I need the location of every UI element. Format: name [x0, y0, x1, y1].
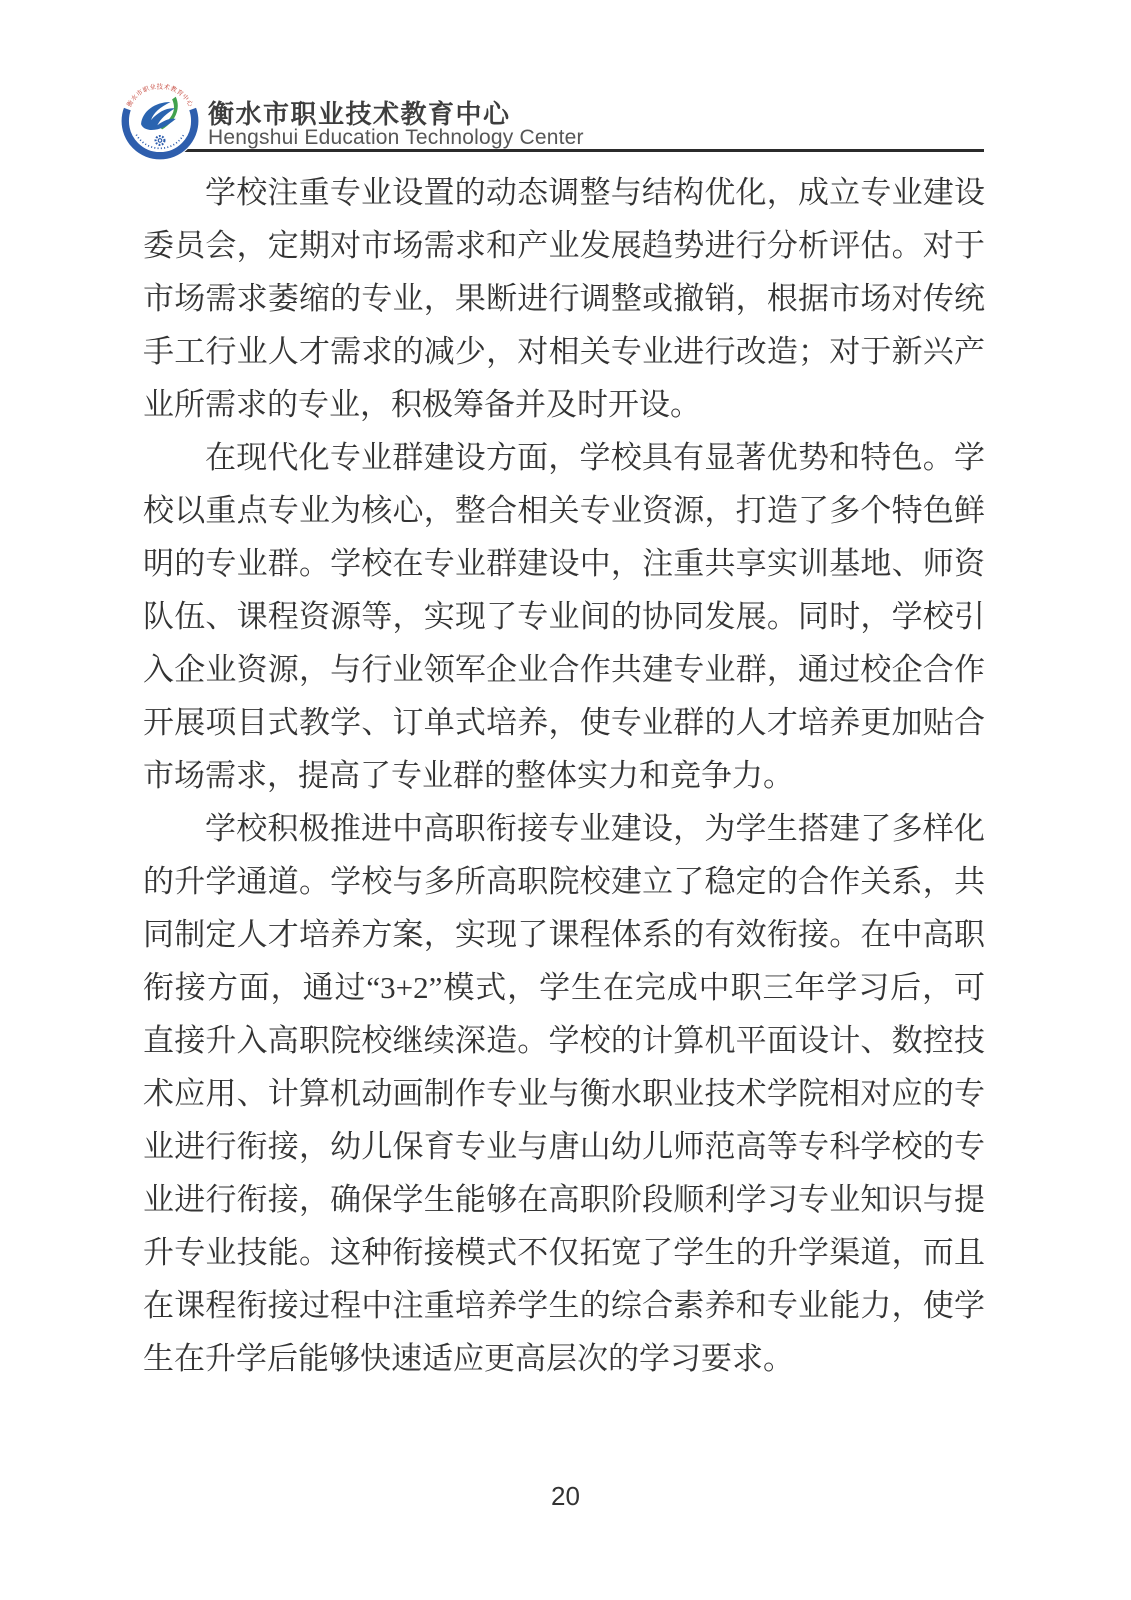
body-line: 同制定人才培养方案，实现了课程体系的有效衔接。在中高职 [143, 908, 985, 961]
body-line: 的升学通道。学校与多所高职院校建立了稳定的合作关系，共 [143, 855, 985, 908]
page-number: 20 [0, 1481, 1131, 1512]
paragraph: 在现代化专业群建设方面，学校具有显著优势和特色。学 校以重点专业为核心，整合相关… [143, 431, 985, 802]
body-line: 业进行衔接，确保学生能够在高职阶段顺利学习专业知识与提 [143, 1173, 985, 1226]
body-line: 市场需求萎缩的专业，果断进行调整或撤销，根据市场对传统 [143, 272, 985, 325]
body-line: 委员会，定期对市场需求和产业发展趋势进行分析评估。对于 [143, 219, 985, 272]
document-page: 衡水市职业技术教育中心 衡水市职业技术教育中心 Hengshui Educati… [0, 0, 1131, 1600]
body-line: 校以重点专业为核心，整合相关专业资源，打造了多个特色鲜 [143, 484, 985, 537]
body-line: 学校注重专业设置的动态调整与结构优化，成立专业建设 [143, 166, 985, 219]
body-line: 在现代化专业群建设方面，学校具有显著优势和特色。学 [143, 431, 985, 484]
body-line: 在课程衔接过程中注重培养学生的综合素养和专业能力，使学 [143, 1279, 985, 1332]
body-line: 手工行业人才需求的减少，对相关专业进行改造；对于新兴产 [143, 325, 985, 378]
body-line: 市场需求，提高了专业群的整体实力和竞争力。 [143, 749, 985, 802]
body-line: 明的专业群。学校在专业群建设中，注重共享实训基地、师资 [143, 537, 985, 590]
body-line: 学校积极推进中高职衔接专业建设，为学生搭建了多样化 [143, 802, 985, 855]
body-line: 业所需求的专业，积极筹备并及时开设。 [143, 378, 985, 431]
body-line: 入企业资源，与行业领军企业合作共建专业群，通过校企合作 [143, 643, 985, 696]
org-title-english: Hengshui Education Technology Center [208, 126, 584, 150]
body-line: 直接升入高职院校继续深造。学校的计算机平面设计、数控技 [143, 1014, 985, 1067]
header-divider [141, 149, 984, 152]
body-line: 开展项目式教学、订单式培养，使专业群的人才培养更加贴合 [143, 696, 985, 749]
school-logo: 衡水市职业技术教育中心 [120, 81, 200, 161]
paragraph: 学校积极推进中高职衔接专业建设，为学生搭建了多样化 的升学通道。学校与多所高职院… [143, 802, 985, 1385]
body-line: 业进行衔接，幼儿保育专业与唐山幼儿师范高等专科学校的专 [143, 1120, 985, 1173]
body-line: 生在升学后能够快速适应更高层次的学习要求。 [143, 1332, 985, 1385]
document-body: 学校注重专业设置的动态调整与结构优化，成立专业建设 委员会，定期对市场需求和产业… [143, 166, 985, 1385]
body-line: 术应用、计算机动画制作专业与衡水职业技术学院相对应的专 [143, 1067, 985, 1120]
body-line: 队伍、课程资源等，实现了专业间的协同发展。同时，学校引 [143, 590, 985, 643]
body-line: 升专业技能。这种衔接模式不仅拓宽了学生的升学渠道，而且 [143, 1226, 985, 1279]
body-line: 衔接方面，通过“3+2”模式，学生在完成中职三年学习后，可 [143, 961, 985, 1014]
paragraph: 学校注重专业设置的动态调整与结构优化，成立专业建设 委员会，定期对市场需求和产业… [143, 166, 985, 431]
